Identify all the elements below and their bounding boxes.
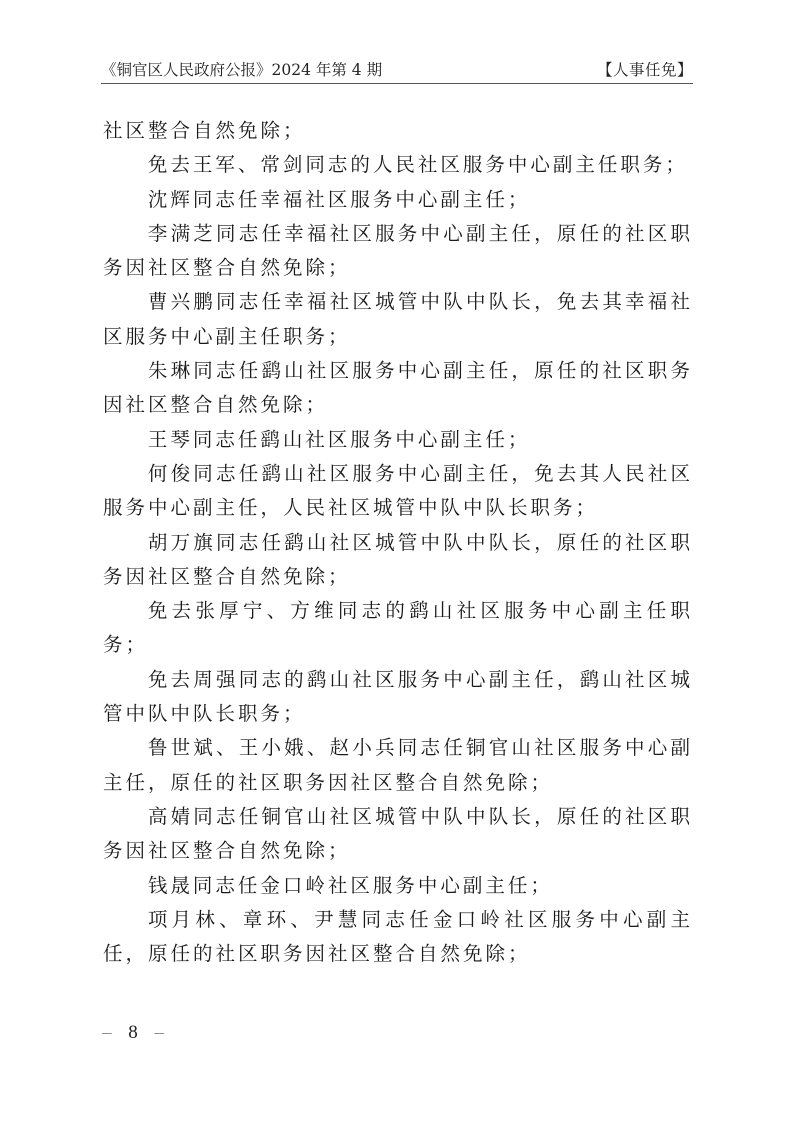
paragraph: 钱晟同志任金口岭社区服务中心副主任； [103, 869, 693, 903]
header-rule [101, 83, 693, 84]
paragraph: 高婧同志任铜官山社区城管中队中队长，原任的社区职务因社区整合自然免除； [103, 800, 693, 869]
paragraph: 免去王军、常剑同志的人民社区服务中心副主任职务； [103, 148, 693, 182]
paragraph: 王琴同志任鹞山社区服务中心副主任； [103, 423, 693, 457]
paragraph: 胡万旗同志任鹞山社区城管中队中队长，原任的社区职务因社区整合自然免除； [103, 526, 693, 595]
paragraph: 社区整合自然免除； [103, 114, 693, 148]
publication-title: 《铜官区人民政府公报》2024 年第 4 期 [101, 60, 382, 80]
dash-left: – [102, 1022, 118, 1043]
page-number: 8 [128, 1022, 144, 1043]
paragraph: 鲁世斌、王小娥、赵小兵同志任铜官山社区服务中心副主任，原任的社区职务因社区整合自… [103, 731, 693, 800]
paragraph: 免去张厚宁、方维同志的鹞山社区服务中心副主任职务； [103, 594, 693, 663]
paragraph: 项月林、章环、尹慧同志任金口岭社区服务中心副主任，原任的社区职务因社区整合自然免… [103, 903, 693, 972]
paragraph: 朱琳同志任鹞山社区服务中心副主任，原任的社区职务因社区整合自然免除； [103, 354, 693, 423]
document-body: 社区整合自然免除； 免去王军、常剑同志的人民社区服务中心副主任职务； 沈辉同志任… [103, 114, 693, 971]
paragraph: 何俊同志任鹞山社区服务中心副主任，免去其人民社区服务中心副主任，人民社区城管中队… [103, 457, 693, 526]
paragraph: 免去周强同志的鹞山社区服务中心副主任，鹞山社区城管中队中队长职务； [103, 663, 693, 732]
paragraph: 沈辉同志任幸福社区服务中心副主任； [103, 183, 693, 217]
paragraph: 李满芝同志任幸福社区服务中心副主任，原任的社区职务因社区整合自然免除； [103, 217, 693, 286]
page-footer: – 8 – [102, 1022, 170, 1044]
paragraph: 曹兴鹏同志任幸福社区城管中队中队长，免去其幸福社区服务中心副主任职务； [103, 285, 693, 354]
dash-right: – [155, 1022, 171, 1043]
running-header: 《铜官区人民政府公报》2024 年第 4 期 【人事任免】 [101, 58, 693, 80]
section-label: 【人事任免】 [597, 60, 693, 80]
